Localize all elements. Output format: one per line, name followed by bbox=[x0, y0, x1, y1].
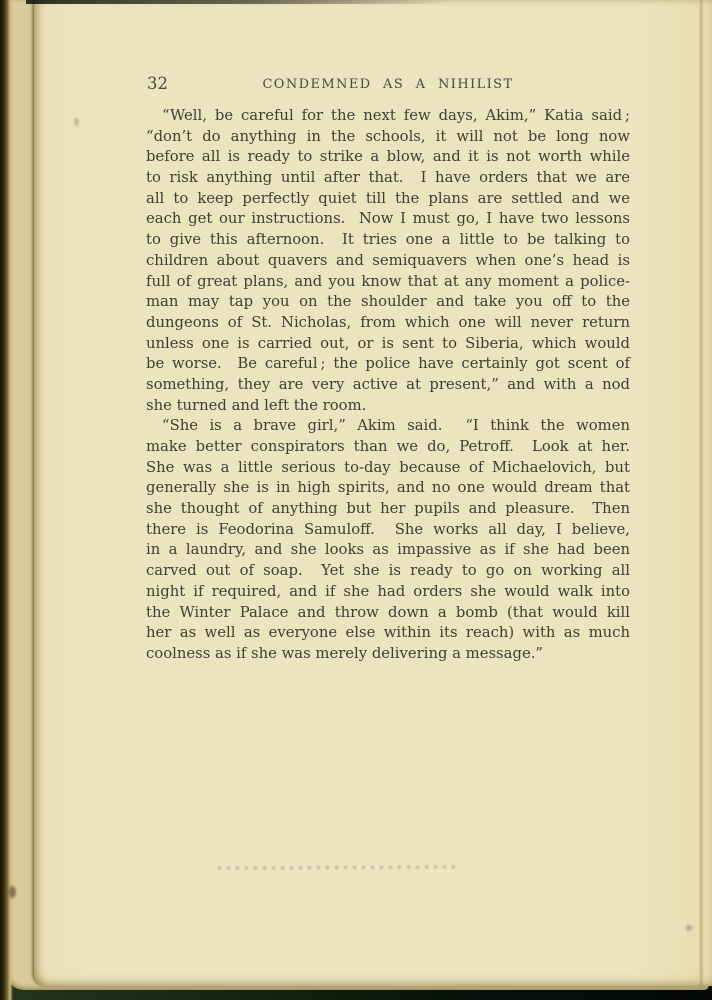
text-line: in a laundry, and she looks as impassive… bbox=[146, 540, 630, 561]
page-header: 32 CONDEMNED AS A NIHILIST bbox=[146, 74, 630, 96]
text-line: her as well as everyone else within its … bbox=[146, 623, 630, 644]
page-crease bbox=[699, 0, 703, 986]
text-line: before all is ready to strike a blow, an… bbox=[146, 147, 630, 168]
text-line: man may tap you on the shoulder and take… bbox=[146, 292, 630, 313]
text-line: “don’t do anything in the schools, it wi… bbox=[146, 127, 630, 148]
text-line: each get our instructions. Now I must go… bbox=[146, 209, 630, 230]
text-line: night if required, and if she had orders… bbox=[146, 582, 630, 603]
text-line: to risk anything until after that. I hav… bbox=[146, 168, 630, 189]
text-line: the Winter Palace and throw down a bomb … bbox=[146, 603, 630, 624]
text-line: something, they are very active at prese… bbox=[146, 375, 630, 396]
text-line: there is Feodorina Samuloff. She works a… bbox=[146, 520, 630, 541]
text-line: coolness as if she was merely delivering… bbox=[146, 644, 630, 665]
page-content: 32 CONDEMNED AS A NIHILIST “Well, be car… bbox=[146, 0, 630, 986]
text-line: dungeons of St. Nicholas, from which one… bbox=[146, 313, 630, 334]
text-line: she turned and left the room. bbox=[146, 396, 630, 417]
text-line: she thought of anything but her pupils a… bbox=[146, 499, 630, 520]
text-line: all to keep perfectly quiet till the pla… bbox=[146, 189, 630, 210]
page-text: “Well, be careful for the next few days,… bbox=[146, 106, 630, 665]
page-top-shadow bbox=[26, 0, 446, 4]
foxing-speck bbox=[686, 925, 692, 931]
text-line: make better conspirators than we do, Pet… bbox=[146, 437, 630, 458]
text-line: carved out of soap. Yet she is ready to … bbox=[146, 561, 630, 582]
text-line: “Well, be careful for the next few days,… bbox=[146, 106, 630, 127]
book-page: 32 CONDEMNED AS A NIHILIST “Well, be car… bbox=[34, 0, 712, 986]
text-line: “She is a brave girl,” Akim said. “I thi… bbox=[146, 416, 630, 437]
book-spine-edge bbox=[0, 0, 13, 1000]
paragraph: “Well, be careful for the next few days,… bbox=[146, 106, 630, 416]
text-line: full of great plans, and you know that a… bbox=[146, 272, 630, 293]
text-line: generally she is in high spirits, and no… bbox=[146, 478, 630, 499]
text-line: to give this afternoon. It tries one a l… bbox=[146, 230, 630, 251]
paragraph: “She is a brave girl,” Akim said. “I thi… bbox=[146, 416, 630, 664]
running-title: CONDEMNED AS A NIHILIST bbox=[146, 77, 630, 93]
text-line: children about quavers and semiquavers w… bbox=[146, 251, 630, 272]
text-line: unless one is carried out, or is sent to… bbox=[146, 334, 630, 355]
text-line: She was a little serious to-day because … bbox=[146, 458, 630, 479]
book-photo: 32 CONDEMNED AS A NIHILIST “Well, be car… bbox=[0, 0, 712, 1000]
foxing-speck bbox=[9, 886, 16, 898]
text-line: be worse. Be careful ; the police have c… bbox=[146, 354, 630, 375]
foxing-speck bbox=[74, 118, 79, 126]
